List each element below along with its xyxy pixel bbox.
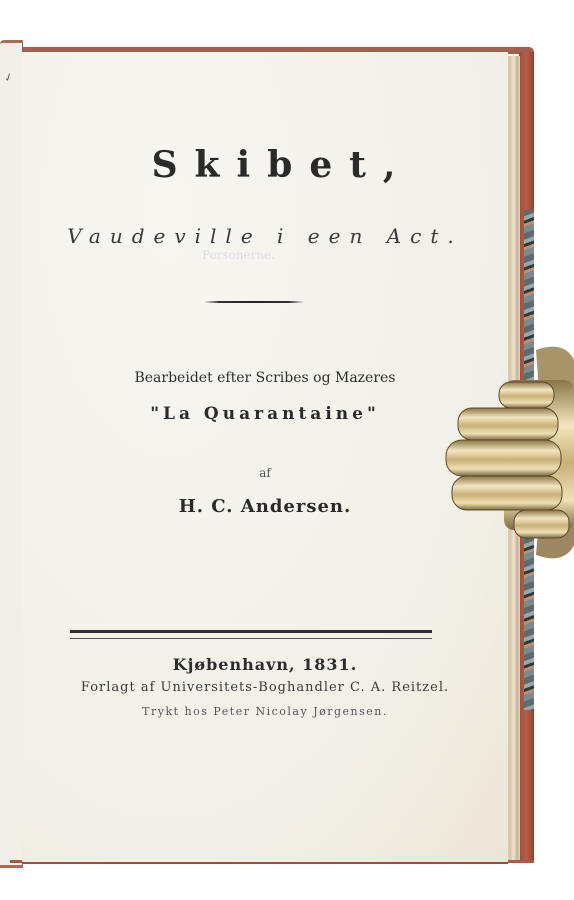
imprint-place-year: Kjøbenhavn, 1831. bbox=[22, 655, 508, 674]
imprint-printer: Trykt hos Peter Nicolay Jørgensen. bbox=[22, 705, 508, 718]
original-title: "La Quarantaine" bbox=[22, 404, 508, 424]
long-rule bbox=[70, 630, 432, 639]
book-subtitle: Vaudeville i een Act. bbox=[22, 224, 508, 248]
book: ✓ Personerne. Skibet, Vaudeville i een A… bbox=[0, 0, 574, 900]
previous-leaf: ✓ bbox=[0, 40, 23, 868]
pencil-mark: ✓ bbox=[2, 70, 15, 85]
brass-hand-clasp-icon bbox=[444, 340, 574, 565]
bleed-through-heading: Personerne. bbox=[202, 248, 275, 262]
short-rule bbox=[204, 301, 304, 303]
author-name: H. C. Andersen. bbox=[22, 496, 508, 517]
imprint-publisher: Forlagt af Universitets-Boghandler C. A.… bbox=[22, 680, 508, 695]
title-page: Personerne. Skibet, Vaudeville i een Act… bbox=[22, 52, 508, 864]
by-line: af bbox=[22, 466, 508, 480]
book-title: Skibet, bbox=[22, 144, 525, 186]
adaptation-line: Bearbeidet efter Scribes og Mazeres bbox=[22, 370, 508, 386]
